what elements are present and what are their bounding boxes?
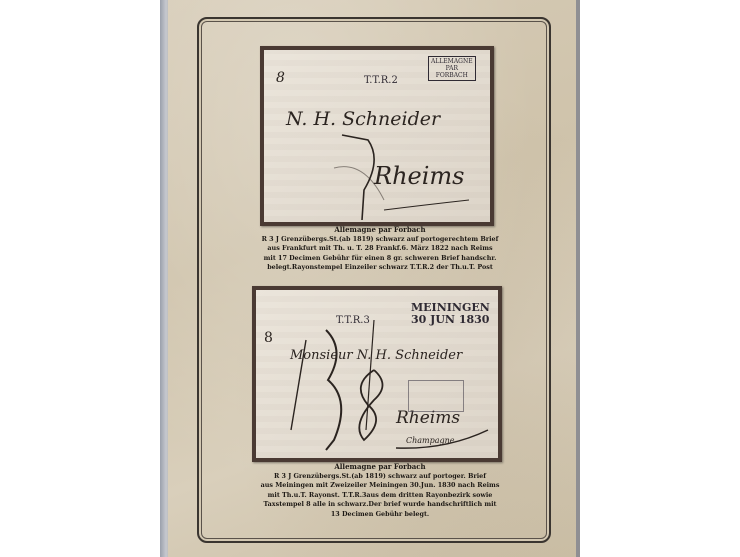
cover-2-caption: Allemagne par Forbach R 3 J Grenzübergs.… — [240, 462, 520, 520]
caption-line: Taxstempel 8 alle in schwarz.Der brief w… — [240, 500, 520, 510]
album-sleeve-edge-right — [576, 0, 580, 557]
caption-line: mit 17 Decimen Gebühr für einen 8 gr. sc… — [240, 254, 520, 264]
caption-line: aus Frankfurt mit Th. u. T. 28 Frankf.6.… — [240, 244, 520, 254]
caption-line: R 3 J Grenzübergs.St.(ab 1819) schwarz a… — [240, 472, 520, 482]
caption-line: mit Th.u.T. Rayonst. T.T.R.3aus dem drit… — [240, 491, 520, 501]
handwritten-rate-strokes — [264, 50, 490, 222]
handwritten-rate-strokes — [256, 290, 498, 458]
caption-title: Allemagne par Forbach — [240, 225, 520, 235]
postal-cover-2: MEININGEN 30 JUN 1830 T.T.R.3 8 Monsieur… — [252, 286, 502, 462]
caption-line: 13 Decimen Gebühr belegt. — [240, 510, 520, 520]
caption-line: R 3 J Grenzübergs.St.(ab 1819) schwarz a… — [240, 235, 520, 245]
postal-cover-1: ALLEMAGNE PAR FORBACH T.T.R.2 8 N. H. Sc… — [260, 46, 494, 226]
cover-1-caption: Allemagne par Forbach R 3 J Grenzübergs.… — [240, 225, 520, 273]
caption-line: belegt.Rayonstempel Einzeiler schwarz T.… — [240, 263, 520, 273]
caption-title: Allemagne par Forbach — [240, 462, 520, 472]
caption-line: aus Meiningen mit Zweizeiler Meiningen 3… — [240, 481, 520, 491]
